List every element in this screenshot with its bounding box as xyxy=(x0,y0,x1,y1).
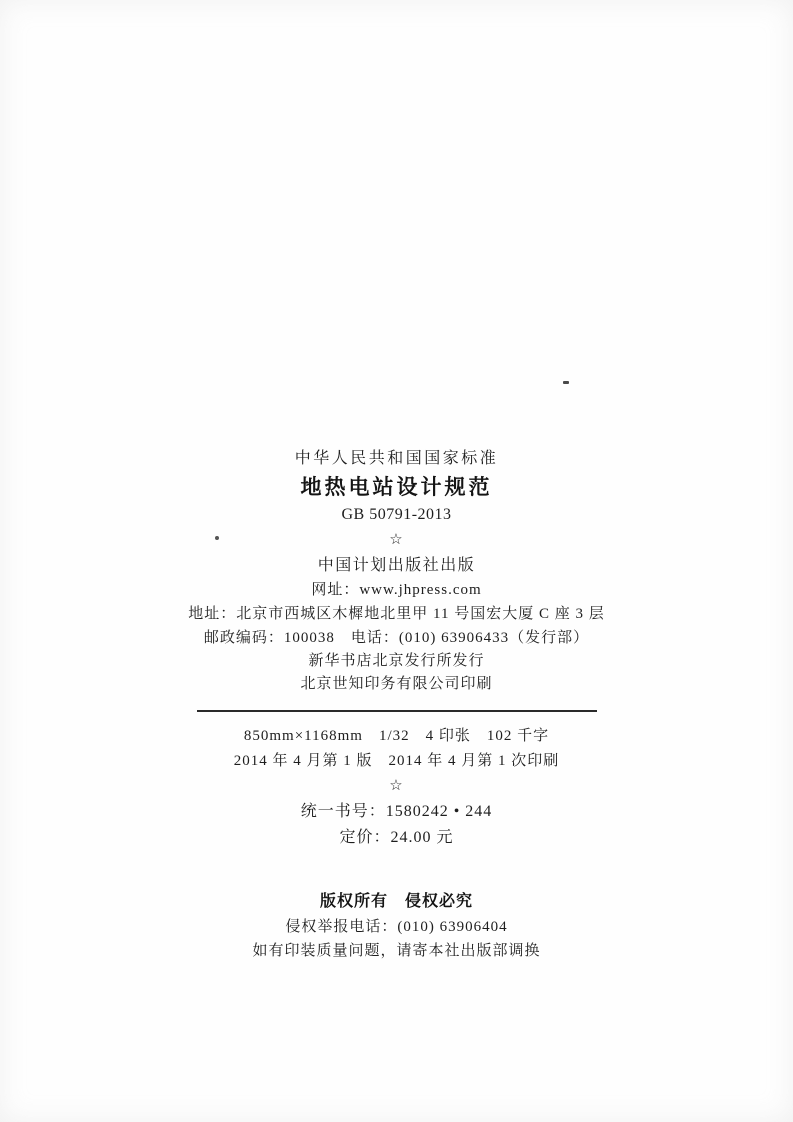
distribution-line: 新华书店北京发行所发行 xyxy=(0,650,793,673)
standard-code: GB 50791-2013 xyxy=(0,502,793,528)
star-ornament-top: ☆ xyxy=(0,528,793,553)
report-phone-line: 侵权举报电话：(010) 63906404 xyxy=(0,915,793,939)
format-line: 850mm×1168mm 1/32 4 印张 102 千字 xyxy=(0,724,793,749)
copyright-notice: 版权所有 侵权必究 xyxy=(0,889,793,915)
star-ornament-bottom: ☆ xyxy=(0,774,793,799)
price-line: 定价：24.00 元 xyxy=(0,825,793,851)
copyright-block: 版权所有 侵权必究 侵权举报电话：(010) 63906404 如有印装质量问题… xyxy=(0,889,793,963)
book-title: 地热电站设计规范 xyxy=(0,472,793,502)
printing-line: 北京世知印务有限公司印刷 xyxy=(0,673,793,696)
book-number-line: 统一书号：1580242 • 244 xyxy=(0,799,793,825)
colophon-text-block: 中华人民共和国国家标准 地热电站设计规范 GB 50791-2013 ☆ 中国计… xyxy=(0,446,793,963)
scan-speck-dash xyxy=(563,381,569,384)
publisher-line: 中国计划出版社出版 xyxy=(0,553,793,578)
address-line: 地址：北京市西城区木樨地北里甲 11 号国宏大厦 C 座 3 层 xyxy=(0,602,793,626)
colophon-page: 中华人民共和国国家标准 地热电站设计规范 GB 50791-2013 ☆ 中国计… xyxy=(0,0,793,1122)
standard-label: 中华人民共和国国家标准 xyxy=(0,446,793,472)
divider-line xyxy=(197,710,597,712)
postcode-phone-line: 邮政编码：100038 电话：(010) 63906433（发行部） xyxy=(0,626,793,650)
website-line: 网址：www.jhpress.com xyxy=(0,578,793,602)
edition-line: 2014 年 4 月第 1 版 2014 年 4 月第 1 次印刷 xyxy=(0,749,793,774)
exchange-line: 如有印装质量问题，请寄本社出版部调换 xyxy=(0,939,793,963)
